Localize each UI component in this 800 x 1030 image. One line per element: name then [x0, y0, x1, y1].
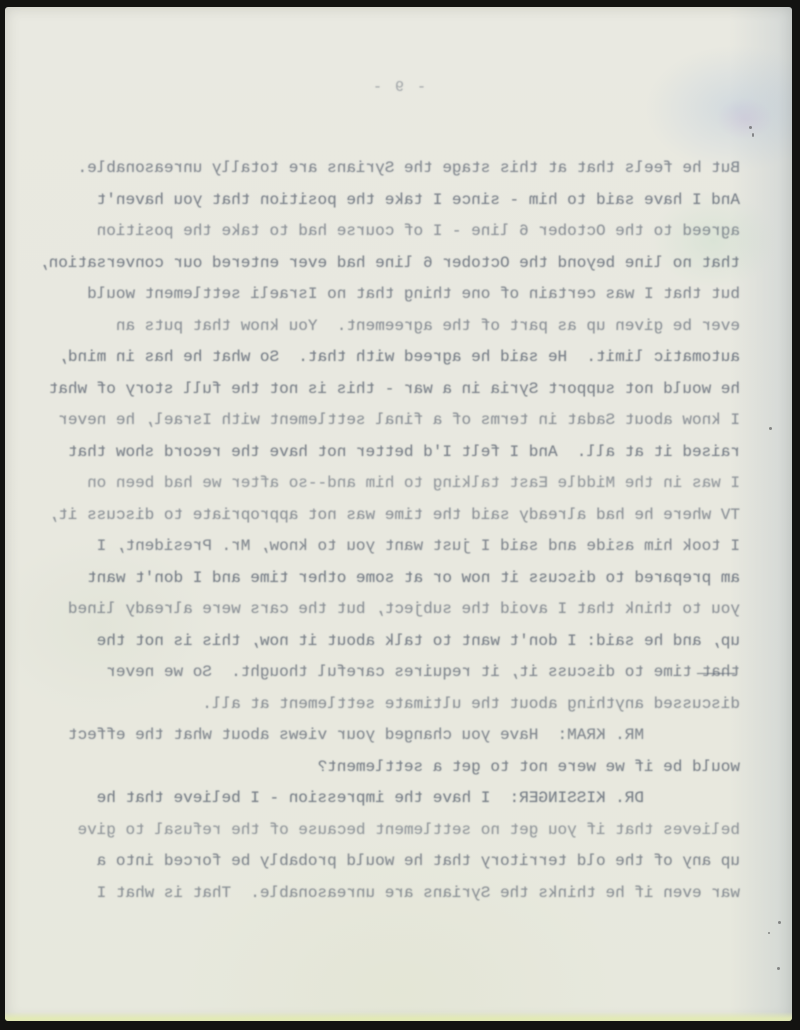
transcript-line: ever be given up as part of the agreemen…	[5, 311, 740, 343]
mirrored-text-layer: - 9 - But he feels that at this stage th…	[5, 7, 792, 1021]
transcript-text-block: But he feels that at this stage the Syri…	[5, 153, 792, 909]
transcript-line: am prepared to discuss it now or at some…	[5, 563, 740, 595]
transcript-line: up any of the old territory that he woul…	[5, 846, 740, 878]
transcript-line: And I have said to him - since I take th…	[5, 185, 740, 217]
transcript-line: I know about Sadat in terms of a final s…	[5, 405, 740, 437]
transcript-line: you to think that I avoid the subject, b…	[5, 594, 740, 626]
scan-speck	[752, 133, 754, 137]
transcript-line: would be if we were not to get a settlem…	[5, 752, 740, 784]
page-number: - 9 -	[5, 79, 792, 96]
transcript-line: I was in the Middle East talking to him …	[5, 468, 740, 500]
transcript-line-strikethrough: t̶h̶a̶t̶ time to discuss it, it requires…	[5, 657, 740, 689]
transcript-line: I took him aside and said I just want yo…	[5, 531, 740, 563]
scan-speck	[749, 126, 752, 129]
transcript-line: TV where he had already said the time wa…	[5, 500, 740, 532]
transcript-line: discussed anything about the ultimate se…	[5, 689, 740, 721]
document-page: - 9 - But he feels that at this stage th…	[5, 7, 792, 1021]
scan-speck	[777, 967, 780, 970]
scan-speck	[778, 921, 781, 924]
scanned-page-background: - 9 - But he feels that at this stage th…	[0, 0, 800, 1030]
scan-speck	[768, 932, 770, 934]
transcript-line: war even if he thinks the Syrians are un…	[5, 878, 740, 910]
transcript-line: automatic limit. He said he agreed with …	[5, 342, 740, 374]
transcript-line: that no line beyond the October 6 line h…	[5, 248, 740, 280]
transcript-line: he would not support Syria in a war - th…	[5, 374, 740, 406]
transcript-line: agreed to the October 6 line - I of cour…	[5, 216, 740, 248]
scan-edge-tint	[5, 1012, 792, 1021]
scan-speck	[769, 427, 772, 430]
transcript-line-speaker-kram: MR. KRAM: Have you changed your views ab…	[5, 720, 740, 752]
transcript-line: believes that if you get no settlement b…	[5, 815, 740, 847]
transcript-line: raised it at all. And I felt I'd better …	[5, 437, 740, 469]
transcript-line-speaker-kissinger: DR. KISSINGER: I have the impression - I…	[5, 783, 740, 815]
transcript-line: but that I was certain of one thing that…	[5, 279, 740, 311]
transcript-line: But he feels that at this stage the Syri…	[5, 153, 740, 185]
transcript-line: up, and he said: I don't want to talk ab…	[5, 626, 740, 658]
